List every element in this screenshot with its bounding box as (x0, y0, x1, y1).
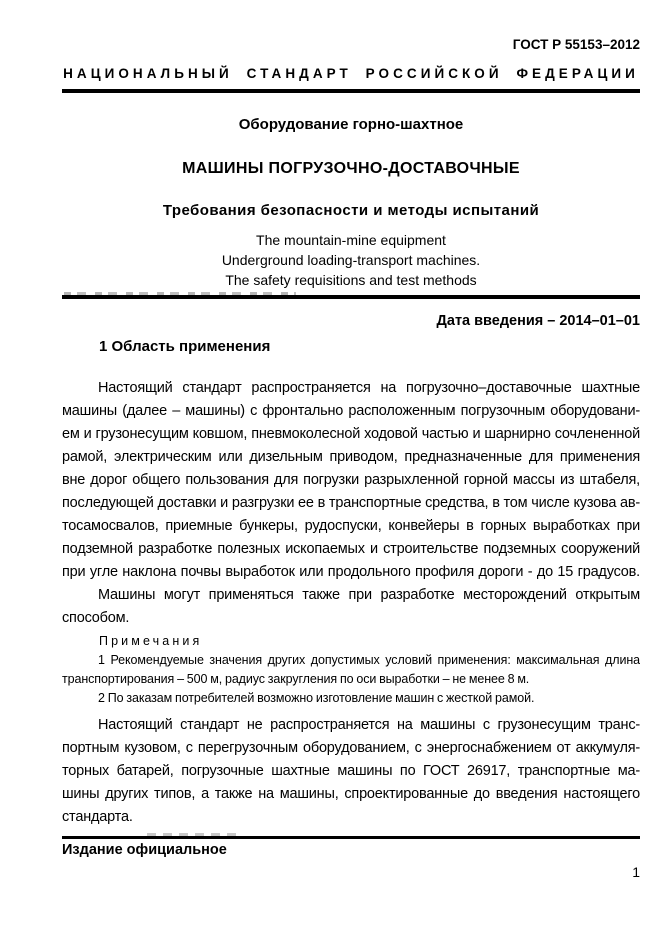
title-equipment-group: Оборудование горно-шахтное (62, 116, 640, 134)
text-line: машины (далее – машины) с фронтально рас… (62, 400, 640, 423)
section-1-heading: 1 Область применения (62, 338, 640, 356)
text-line: Настоящий стандарт распространяется на п… (62, 377, 640, 400)
paragraph-scope-3: Настоящий стандарт не распространяется н… (62, 714, 640, 829)
text-line: вне дорог общего пользования для погрузк… (62, 469, 640, 492)
effective-date: Дата введения – 2014–01–01 (62, 312, 640, 330)
notes-heading: Примечания (62, 632, 640, 651)
text-line: стандарта. (62, 806, 640, 829)
header-rule (62, 89, 640, 93)
title-rule-wrap (62, 295, 640, 299)
edition-note: Издание официальное (62, 841, 640, 859)
text-line: The mountain-mine equipment (62, 230, 640, 250)
paragraph-scope-1: Настоящий стандарт распространяется на п… (62, 377, 640, 584)
text-line: Underground loading-transport machines. (62, 250, 640, 270)
text-line: подземной разработке полезных ископаемых… (62, 538, 640, 561)
title-english: The mountain-mine equipmentUnderground l… (62, 230, 640, 290)
text-line: портным кузовом, с перегрузочным оборудо… (62, 737, 640, 760)
note-1: 1 Рекомендуемые значения других допустим… (62, 651, 640, 689)
text-line: при угле наклона почвы выработок или про… (62, 561, 640, 584)
page-footer: Издание официальное 1 (62, 836, 640, 881)
scan-artifact (64, 292, 296, 295)
text-line: ем и грузонесущим ковшом, пневмоколесной… (62, 423, 640, 446)
standard-type-heading: НАЦИОНАЛЬНЫЙ СТАНДАРТ РОССИЙСКОЙ ФЕДЕРАЦ… (62, 66, 640, 82)
title-rule (62, 295, 640, 299)
text-line: Машины могут применяться также при разра… (62, 584, 640, 607)
title-main: МАШИНЫ ПОГРУЗОЧНО-ДОСТАВОЧНЫЕ (62, 159, 640, 179)
document-page: ГОСТ Р 55153–2012 НАЦИОНАЛЬНЫЙ СТАНДАРТ … (0, 0, 661, 935)
note-2: 2 По заказам потребителей возможно изгот… (62, 689, 640, 708)
text-line: шины других типов, а также на машины, сп… (62, 783, 640, 806)
footer-scan-artifact (147, 833, 242, 836)
text-line: торных батарей, погрузочные шахтные маши… (62, 760, 640, 783)
text-line: рамой, электрическим или дизельным приво… (62, 446, 640, 469)
text-line: Настоящий стандарт не распространяется н… (62, 714, 640, 737)
title-subtitle: Требования безопасности и методы испытан… (62, 202, 640, 220)
text-line: 2 По заказам потребителей возможно изгот… (62, 689, 640, 708)
page-content: ГОСТ Р 55153–2012 НАЦИОНАЛЬНЫЙ СТАНДАРТ … (0, 0, 661, 829)
footer-rule (62, 836, 640, 839)
text-line: транспортирования – 500 м, радиус закруг… (62, 670, 640, 689)
text-line: 1 Рекомендуемые значения других допустим… (62, 651, 640, 670)
page-number: 1 (62, 864, 640, 881)
paragraph-scope-2: Машины могут применяться также при разра… (62, 584, 640, 630)
text-line: последующей доставки и разгрузки ее в тр… (62, 492, 640, 515)
text-line: способом. (62, 607, 640, 630)
text-line: тосамосвалов, приемные бункеры, рудоспус… (62, 515, 640, 538)
doc-number: ГОСТ Р 55153–2012 (62, 0, 640, 53)
text-line: The safety requisitions and test methods (62, 270, 640, 290)
